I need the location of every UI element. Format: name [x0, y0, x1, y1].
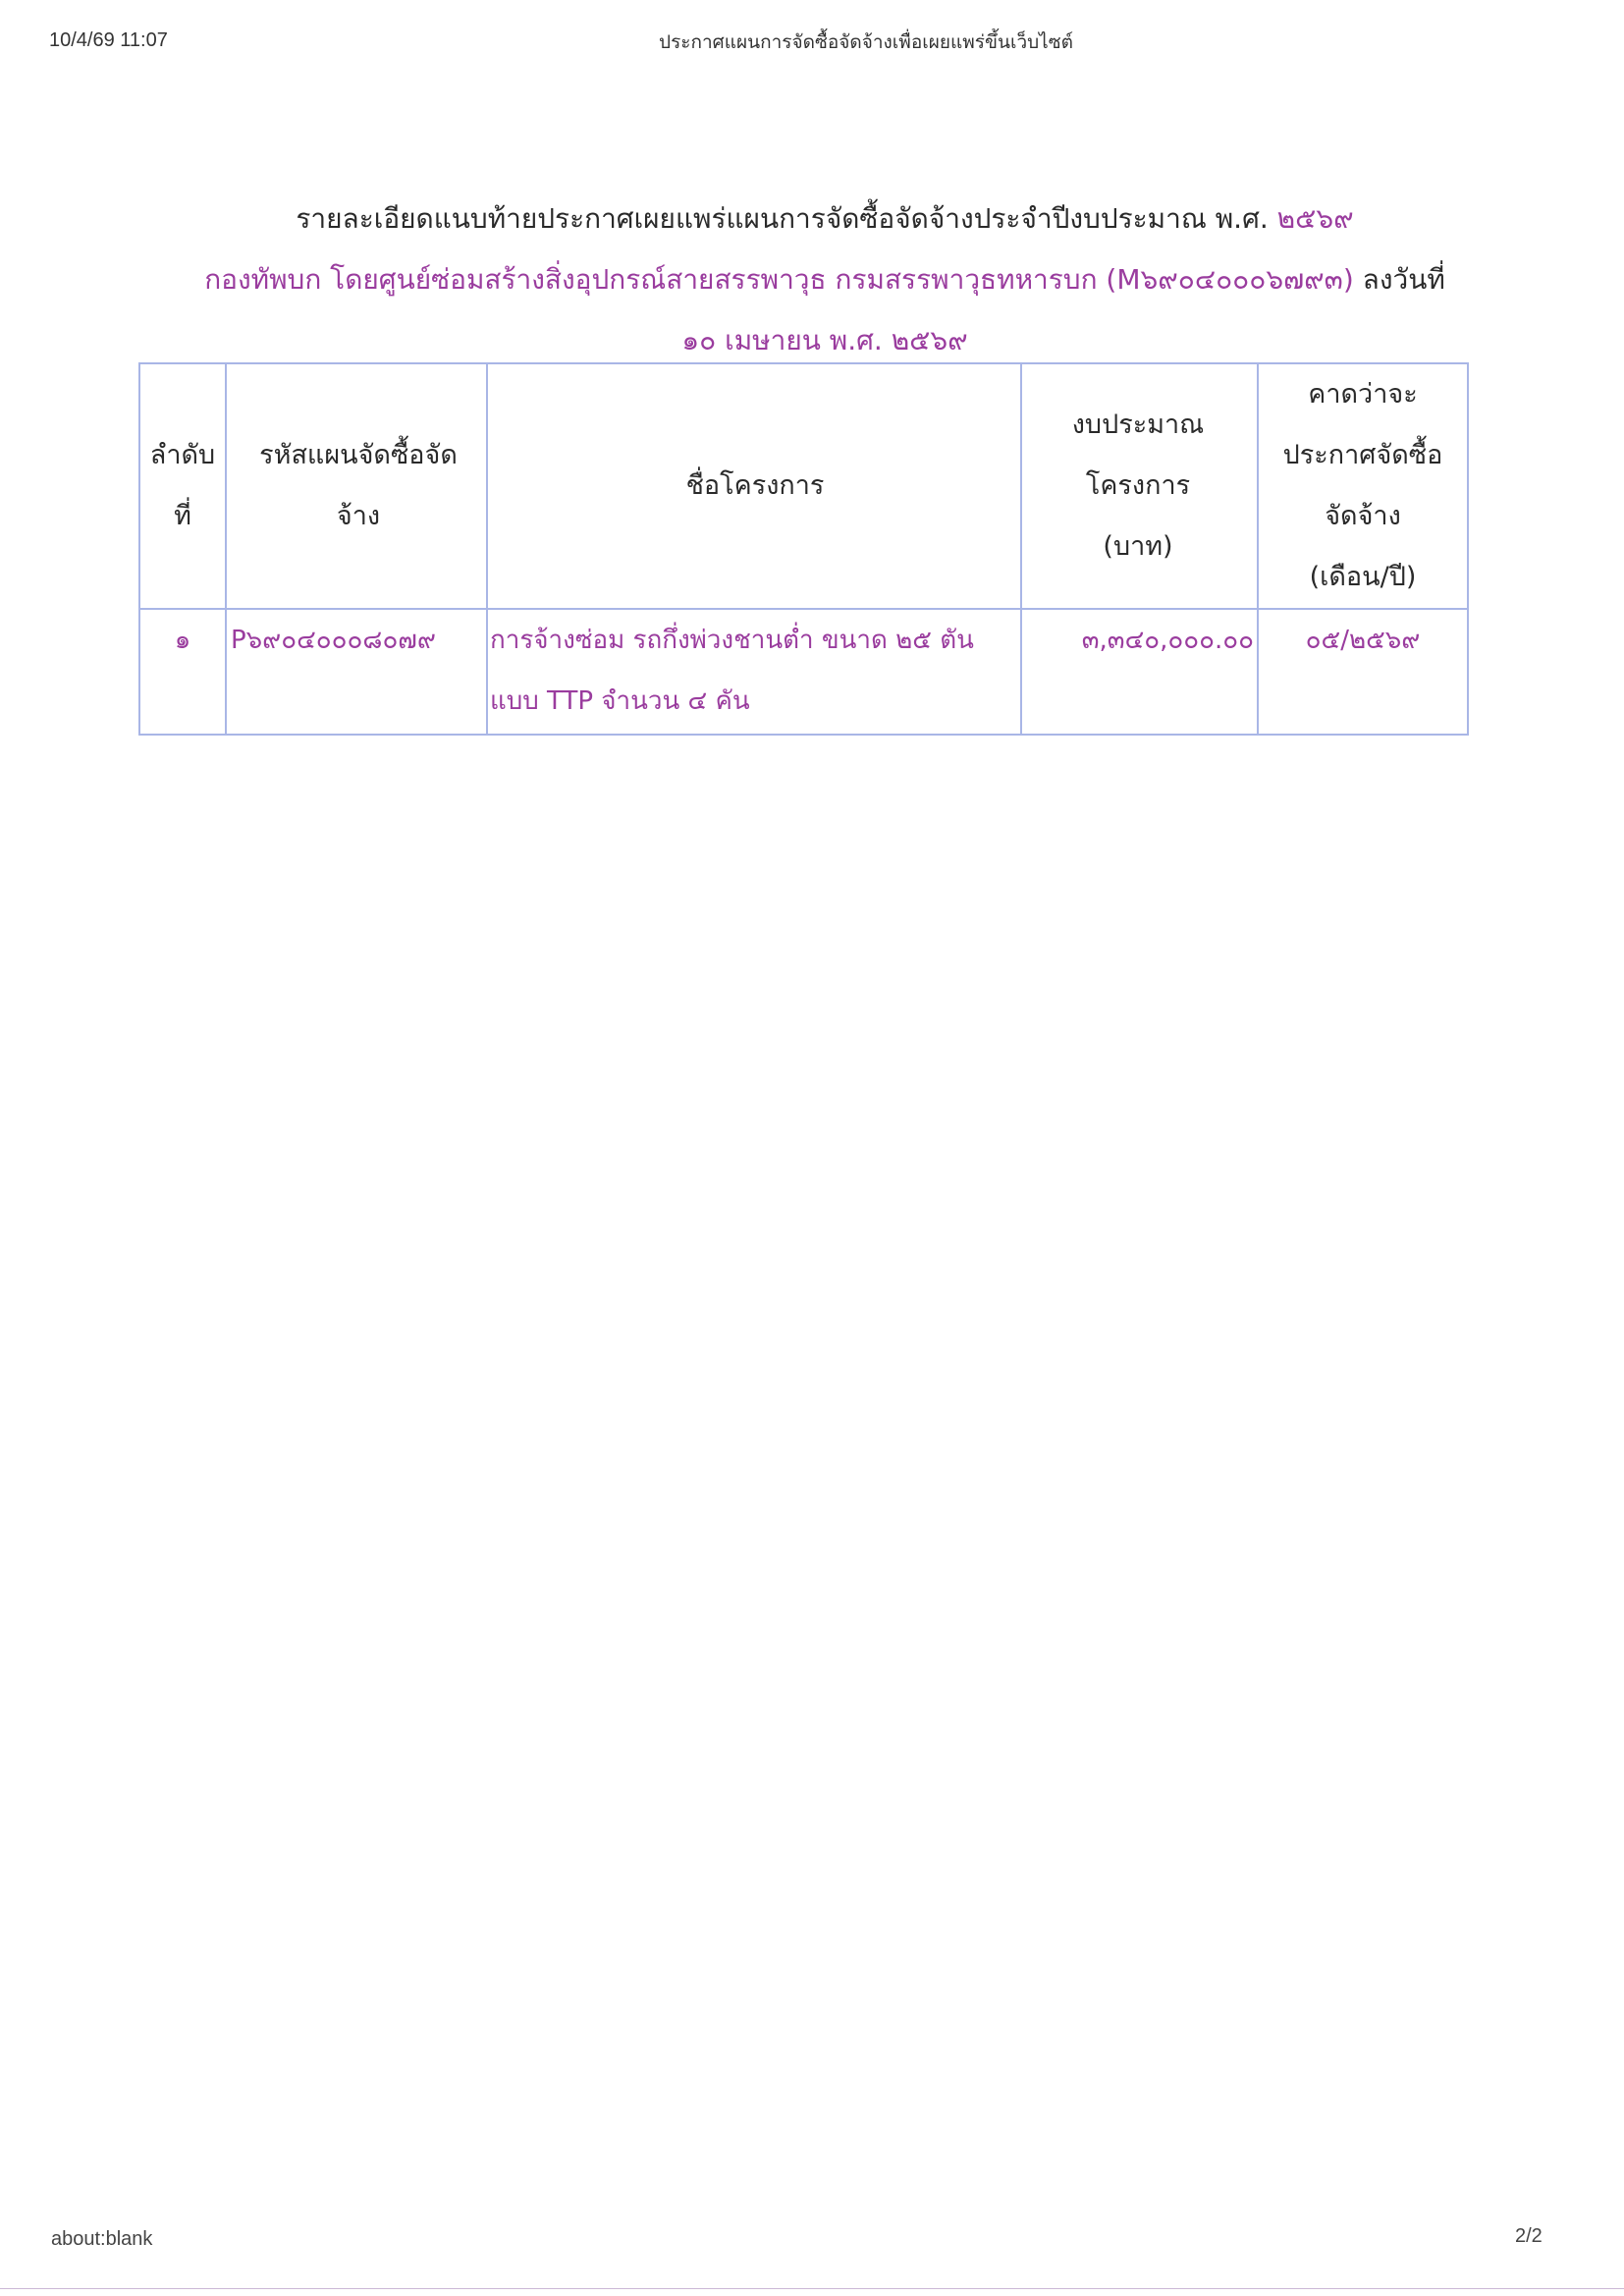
column-header-project-name: ชื่อโครงการ: [487, 363, 1021, 609]
print-url: about:blank: [51, 2228, 152, 2251]
agency-name: กองทัพบก โดยศูนย์ซ่อมสร้างสิ่งอุปกรณ์สาย…: [204, 263, 1354, 296]
cell-seq: ๑: [139, 609, 226, 735]
title-line-2: กองทัพบก โดยศูนย์ซ่อมสร้างสิ่งอุปกรณ์สาย…: [118, 249, 1532, 310]
table-row: ๑ P๖๙๐๔๐๐๐๘๐๗๙ การจ้างซ่อม รถกึ่งพ่วงชาน…: [139, 609, 1468, 735]
header-line: ลำดับ: [140, 425, 225, 486]
header-line: จัดจ้าง: [1259, 486, 1467, 547]
page-bottom-divider: [0, 2288, 1624, 2289]
header-line: งบประมาณ: [1022, 395, 1254, 456]
column-header-plan-code: รหัสแผนจัดซื้อจัด จ้าง: [226, 363, 487, 609]
header-line: รหัสแผนจัดซื้อจัด: [231, 425, 486, 486]
column-header-seq: ลำดับ ที่: [139, 363, 226, 609]
title-line-1: รายละเอียดแนบท้ายประกาศเผยแพร่แผนการจัดซ…: [118, 189, 1532, 249]
header-line: ประกาศจัดซื้อ: [1259, 425, 1467, 486]
page-number: 2/2: [1515, 2225, 1543, 2248]
header-line: คาดว่าจะ: [1259, 364, 1467, 425]
cell-plan-code: P๖๙๐๔๐๐๐๘๐๗๙: [226, 609, 487, 735]
header-line: โครงการ: [1022, 456, 1254, 517]
title-prefix: รายละเอียดแนบท้ายประกาศเผยแพร่แผนการจัดซ…: [296, 202, 1268, 235]
document-title: รายละเอียดแนบท้ายประกาศเผยแพร่แผนการจัดซ…: [118, 189, 1532, 371]
announcement-date: ๑๐ เมษายน พ.ศ. ๒๕๖๙: [681, 324, 967, 356]
header-line: ชื่อโครงการ: [490, 456, 1020, 517]
dated-label: ลงวันที่: [1363, 263, 1445, 296]
cell-budget: ๓,๓๔๐,๐๐๐.๐๐: [1021, 609, 1258, 735]
cell-expected-announce: ๐๕/๒๕๖๙: [1258, 609, 1468, 735]
procurement-plan-table: ลำดับ ที่ รหัสแผนจัดซื้อจัด จ้าง ชื่อโคร…: [138, 362, 1469, 736]
column-header-expected-announce: คาดว่าจะ ประกาศจัดซื้อ จัดจ้าง (เดือน/ปี…: [1258, 363, 1468, 609]
header-line: (บาท): [1022, 517, 1254, 577]
header-line: ที่: [140, 486, 225, 547]
column-header-budget: งบประมาณ โครงการ (บาท): [1021, 363, 1258, 609]
table-header-row: ลำดับ ที่ รหัสแผนจัดซื้อจัด จ้าง ชื่อโคร…: [139, 363, 1468, 609]
header-line: (เดือน/ปี): [1259, 547, 1467, 608]
fiscal-year: ๒๕๖๙: [1277, 202, 1354, 235]
header-line: จ้าง: [231, 486, 486, 547]
print-page-title: ประกาศแผนการจัดซื้อจัดจ้างเพื่อเผยแพร่ขึ…: [0, 27, 1624, 57]
cell-project-name: การจ้างซ่อม รถกึ่งพ่วงชานต่ำ ขนาด ๒๕ ตัน…: [487, 609, 1021, 735]
